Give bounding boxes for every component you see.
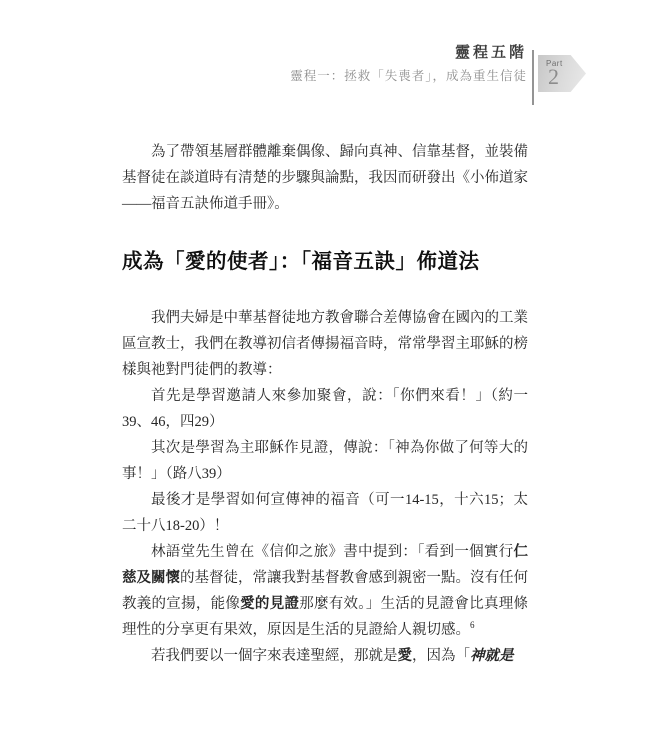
- paragraph: 我們夫婦是中華基督徒地方教會聯合差傳協會在國內的工業區宣教士，我們在教導初信者傳…: [122, 305, 528, 383]
- part-tab-divider-line: [532, 50, 534, 105]
- text-segment: 愛的見證: [240, 596, 299, 612]
- text-segment: 首先是學習邀請人來參加聚會，說：「你們來看！」（約一39、46，四29）: [122, 388, 528, 430]
- text-segment: 若我們要以一個字來表達聖經，那就是: [151, 648, 398, 664]
- section-heading: 成為「愛的使者」：「福音五訣」佈道法: [122, 248, 528, 276]
- chapter-subtitle: 靈程一：拯救「失喪者」，成為重生信徒: [290, 68, 527, 84]
- text-segment: 愛: [398, 648, 413, 664]
- paragraph: 為了帶領基層群體離棄偶像、歸向真神、信靠基督，並裝備基督徒在談道時有清楚的步驟與…: [122, 139, 528, 217]
- text-segment: 為了帶領基層群體離棄偶像、歸向真神、信靠基督，並裝備基督徒在談道時有清楚的步驟與…: [122, 144, 528, 212]
- paragraph: 其次是學習為主耶穌作見證，傳說：「神為你做了何等大的事！」（路八39）: [122, 435, 528, 487]
- text-segment: 其次是學習為主耶穌作見證，傳說：「神為你做了何等大的事！」（路八39）: [122, 440, 528, 482]
- footnote-reference: 6: [470, 620, 475, 630]
- text-segment: 最後才是學習如何宣傳神的福音（可一14-15，十六15；太二十八18-20）！: [122, 492, 528, 534]
- paragraph: 最後才是學習如何宣傳神的福音（可一14-15，十六15；太二十八18-20）！: [122, 487, 528, 539]
- part-tab: Part 2: [532, 50, 592, 108]
- part-tab-arrow-shape: Part 2: [538, 55, 586, 92]
- part-tab-number: 2: [548, 66, 559, 88]
- text-segment: 神就是: [470, 648, 514, 664]
- text-segment: ，因為「: [412, 648, 470, 664]
- book-page: 靈程五階 靈程一：拯救「失喪者」，成為重生信徒 Part 2 為了帶領基層群體離…: [0, 0, 650, 750]
- text-segment: 林語堂先生曾在《信仰之旅》書中提到：「看到一個實行: [151, 544, 514, 560]
- text-segment: 我們夫婦是中華基督徒地方教會聯合差傳協會在國內的工業區宣教士，我們在教導初信者傳…: [122, 310, 528, 378]
- paragraph: 首先是學習邀請人來參加聚會，說：「你們來看！」（約一39、46，四29）: [122, 383, 528, 435]
- paragraph: 林語堂先生曾在《信仰之旅》書中提到：「看到一個實行仁慈及關懷的基督徒，常讓我對基…: [122, 539, 528, 643]
- book-title: 靈程五階: [290, 44, 527, 62]
- running-head: 靈程五階 靈程一：拯救「失喪者」，成為重生信徒: [290, 44, 527, 84]
- paragraph: 若我們要以一個字來表達聖經，那就是愛，因為「神就是: [122, 643, 528, 669]
- content-blocks: 為了帶領基層群體離棄偶像、歸向真神、信靠基督，並裝備基督徒在談道時有清楚的步驟與…: [122, 139, 528, 669]
